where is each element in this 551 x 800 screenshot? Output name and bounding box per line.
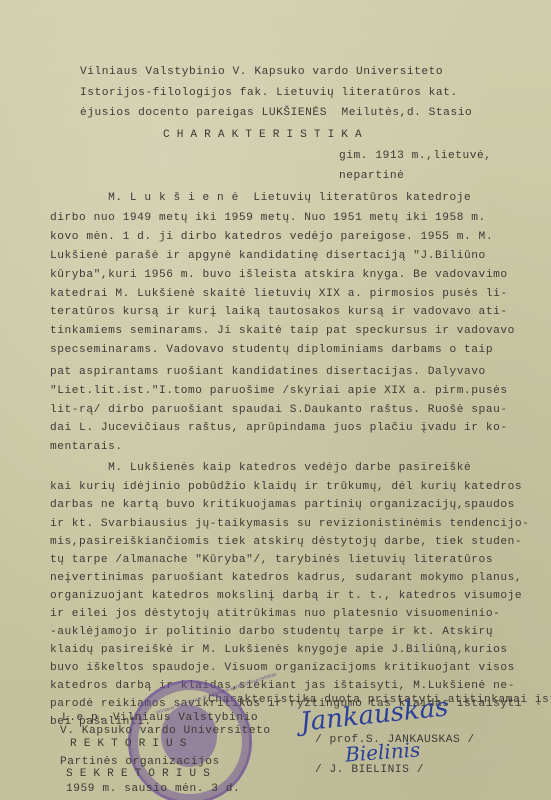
body-line: mis,pasireiškiančiomis tiek atskirų dėst… (50, 535, 522, 549)
body-line: buvo iškeltos spaudoje. Visuom organizac… (50, 661, 515, 675)
footer-left-line-2: V. Kapsuko vardo Universiteto (60, 724, 271, 738)
body-line: ir kt. Svarbiausius jų-taikymasis su rev… (50, 517, 529, 531)
signer-2: / J. BIELINIS / (315, 763, 424, 777)
body-line: mentarais. (50, 440, 123, 454)
body-line: pat aspirantams ruošiant kandidatines di… (50, 365, 486, 379)
body-line: organizuojant katedros mokslinį darbą ir… (50, 589, 522, 603)
body-line: M. L u k š i e n ė Lietuvių literatūros … (50, 191, 471, 205)
header-line-2: Istorijos-filologijos fak. Lietuvių lite… (80, 86, 458, 100)
body-line: kovo mėn. 1 d. ji dirbo katedros vedėjo … (50, 230, 493, 244)
body-line: "Liet.lit.ist."I.tomo paruošime /skyriai… (50, 384, 508, 398)
footer-left-rector: REKTORIUS (70, 737, 193, 751)
birth-info: gim. 1913 m.,lietuvė, (339, 149, 492, 163)
footer-date: 1959 m. sausio mėn. 3 d. (66, 782, 240, 796)
body-line: katedros darbą ir klaidas,siekiant jas i… (50, 679, 515, 693)
body-line: tų tarpe /almanache "Kūryba"/, tarybinės… (50, 553, 493, 567)
party-status: nepartinė (339, 169, 404, 183)
body-line: dai L. Jucevičiaus raštus, aprūpindama j… (50, 421, 508, 435)
body-line: lit-rą/ dirbo paruošiant spaudai S.Dauka… (50, 403, 508, 417)
body-line: katedrai M. Lukšienė skaitė lietuvių XIX… (50, 287, 508, 301)
body-line: teratūros kursą ir kurį laiką tautosakos… (50, 305, 508, 319)
body-line: kūryba",kuri 1956 m. buvo išleista atski… (50, 268, 508, 282)
footer-left-line-1: L.e.p. Vilniaus Valstybinio (62, 711, 258, 725)
header-line-3: ėjusios docento pareigas LUKŠIENĖS Meilu… (80, 106, 472, 120)
body-line: Lukšienė parašė ir apgynė kandidatinę di… (50, 249, 486, 263)
body-line: klaidų pasireiškė ir M. Lukšienės knygoj… (50, 643, 508, 657)
document-title: CHARAKTERISTIKA (163, 128, 369, 142)
body-line: darbas ne kartą buvo kritikuojamas parti… (50, 498, 515, 512)
body-line: kai kurių idėjinio pobūdžio klaidų ir tr… (50, 480, 522, 494)
body-line: dirbo nuo 1949 metų iki 1959 metų. Nuo 1… (50, 211, 486, 225)
document-page: Vilniaus Valstybinio V. Kapsuko vardo Un… (0, 0, 551, 800)
header-line-1: Vilniaus Valstybinio V. Kapsuko vardo Un… (80, 65, 443, 79)
body-line: specseminarams. Vadovavo studentų diplom… (50, 343, 493, 357)
body-line: M. Lukšienės kaip katedros vedėjo darbe … (50, 461, 471, 475)
body-line: neįvertinimas paruošiant katedros kadrus… (50, 571, 522, 585)
body-line: tinkamiems seminarams. Ji skaitė taip pa… (50, 324, 515, 338)
body-line: ir eilei jos dėstytojų atitrūkimas nuo p… (50, 607, 500, 621)
body-line: -auklėjamojo ir politinio darbo studentų… (50, 625, 493, 639)
footer-left-secretary: SEKRETORIUS (66, 767, 217, 781)
